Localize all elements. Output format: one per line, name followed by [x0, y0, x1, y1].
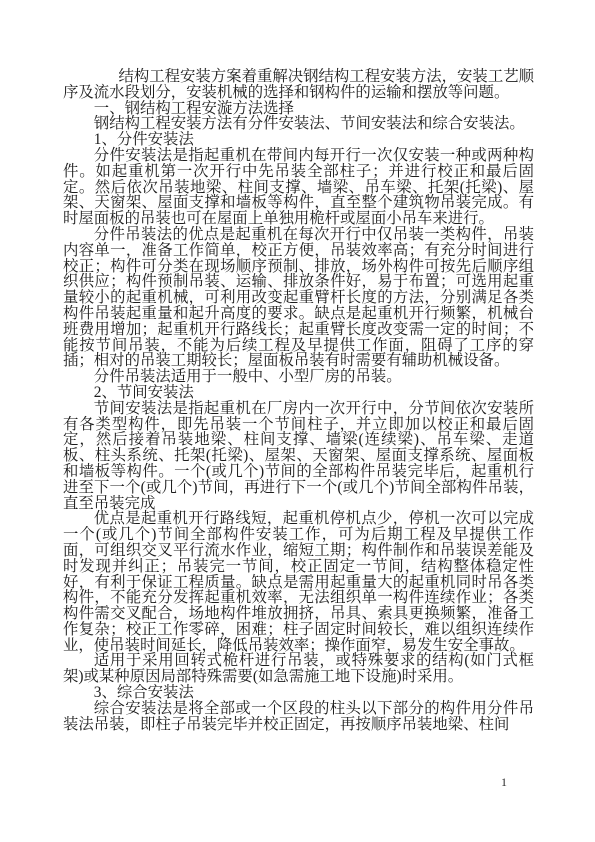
paragraph: 分件吊装法适用于一般中、小型厂房的吊装。 — [63, 369, 534, 385]
paragraph: 优点是起重机开行路线短，起重机停机点少，停机一次可以完成一个(或几个)节间全部构… — [63, 511, 534, 653]
page-number: 1 — [494, 775, 514, 789]
paragraph: 钢结构工程安装方法有分件安装法、节间安装法和综合安装法。 — [63, 116, 534, 132]
paragraph: 分件安装法是指起重机在带间内每开行一次仅安装一种或两种构件。如起重机第一次开行中… — [63, 148, 534, 227]
section-heading: 2、节间安装法 — [63, 385, 534, 401]
section-heading: 1、分件安装法 — [63, 132, 534, 148]
paragraph: 分件吊装法的优点是起重机在每次开行中仅吊装一类构件，吊装内容单一，准备工作简单，… — [63, 227, 534, 369]
section-heading: 3、综合安装法 — [63, 685, 534, 701]
paragraph: 节间安装法是指起重机在厂房内一次开行中，分节间依次安装所有各类型构件，即先吊装一… — [63, 401, 534, 512]
document-page: 结构工程安装方案着重解决钢结构工程安装方法，安装工艺顺序及流水段划分，安装机械的… — [0, 0, 595, 842]
document-body: 结构工程安装方案着重解决钢结构工程安装方法，安装工艺顺序及流水段划分，安装机械的… — [63, 69, 534, 732]
paragraph: 综合安装法是将全部或一个区段的柱头以下部分的构件用分件吊装法吊装，即柱子吊装完毕… — [63, 701, 534, 733]
paragraph: 结构工程安装方案着重解决钢结构工程安装方法，安装工艺顺序及流水段划分，安装机械的… — [63, 69, 534, 101]
paragraph: 适用于采用回转式桅杆进行吊装，或特殊要求的结构(如门式框架)或某种原因局部特殊需… — [63, 653, 534, 685]
